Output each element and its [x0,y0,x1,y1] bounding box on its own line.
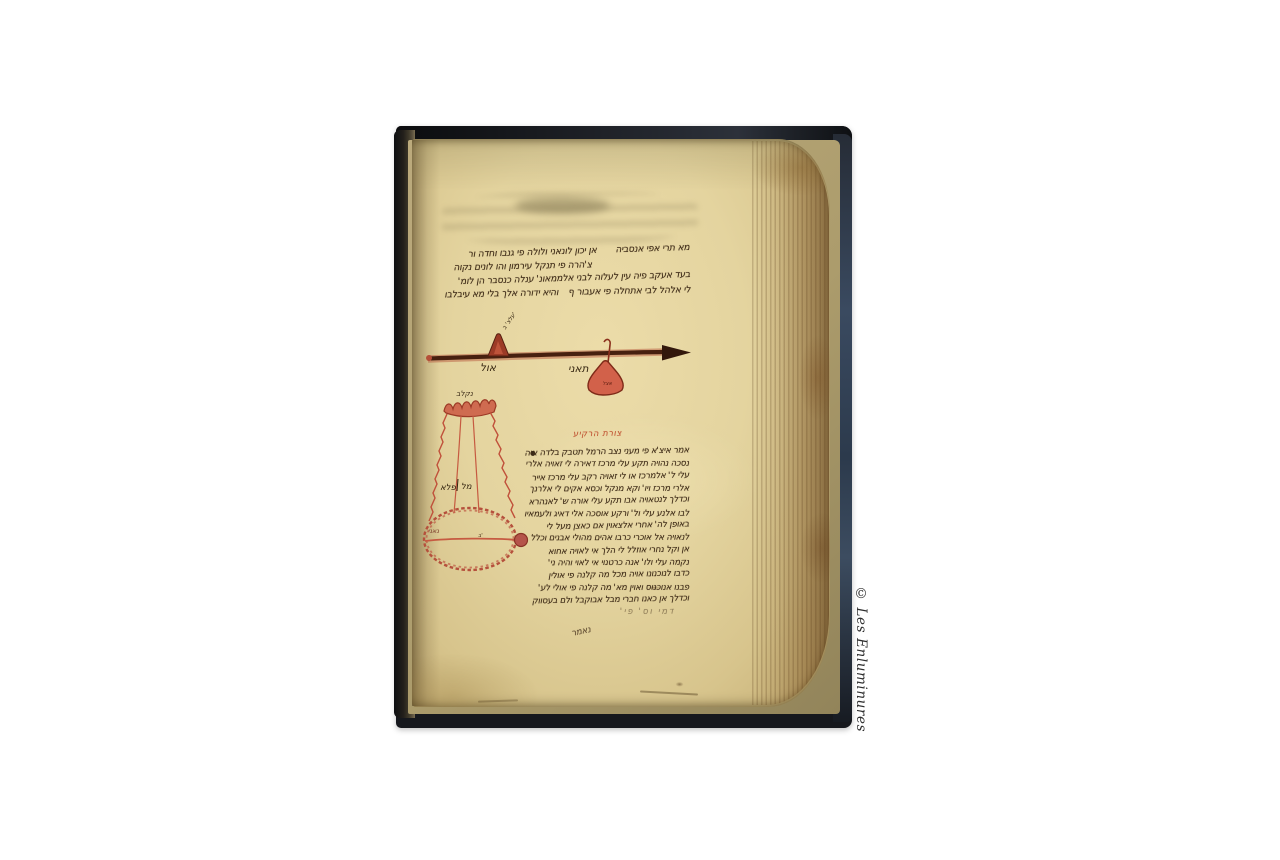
main-paragraph: אמר איצ'א פי מעני נצב הרמל תטבק בלדה איה… [526,446,689,619]
crown-label: נקלב [456,389,473,398]
beam-left-end [426,355,432,361]
label-left-marker: אול [480,362,497,374]
cone-inner-line-right [473,416,479,513]
cone-left-wavy-edge [429,414,447,521]
top-paragraph: מא תרי אפי אנסביה אן יכון לונאני ולולה פ… [431,242,690,302]
cone-right-word: מל [461,482,472,492]
ellipse-diameter-line [425,539,518,541]
label-right-marker: תאני [568,363,589,375]
pendant-inner-text: אצל [603,381,613,387]
ellipse-left-word: נאני [428,527,439,535]
watermark-text: © Les Enluminures [853,586,869,772]
ellipse-line-mark: ב' [478,533,483,539]
cone-inner-line-left [454,416,461,513]
ghost-show-through-blotch [515,197,610,214]
pendant-weight [588,361,623,395]
tiny-script-above-marker: עלצ' ב' [501,311,518,331]
cone-left-word: פלא [440,483,457,493]
beam-arrowhead [662,345,691,361]
cone-right-wavy-edge [490,412,515,518]
main-paragraph-line: דמי וס' פי' [526,606,689,619]
photo-background: מא תרי אפי אנסביה אן יכון לונאני ולולה פ… [0,0,1280,860]
crown-shape [444,400,496,417]
